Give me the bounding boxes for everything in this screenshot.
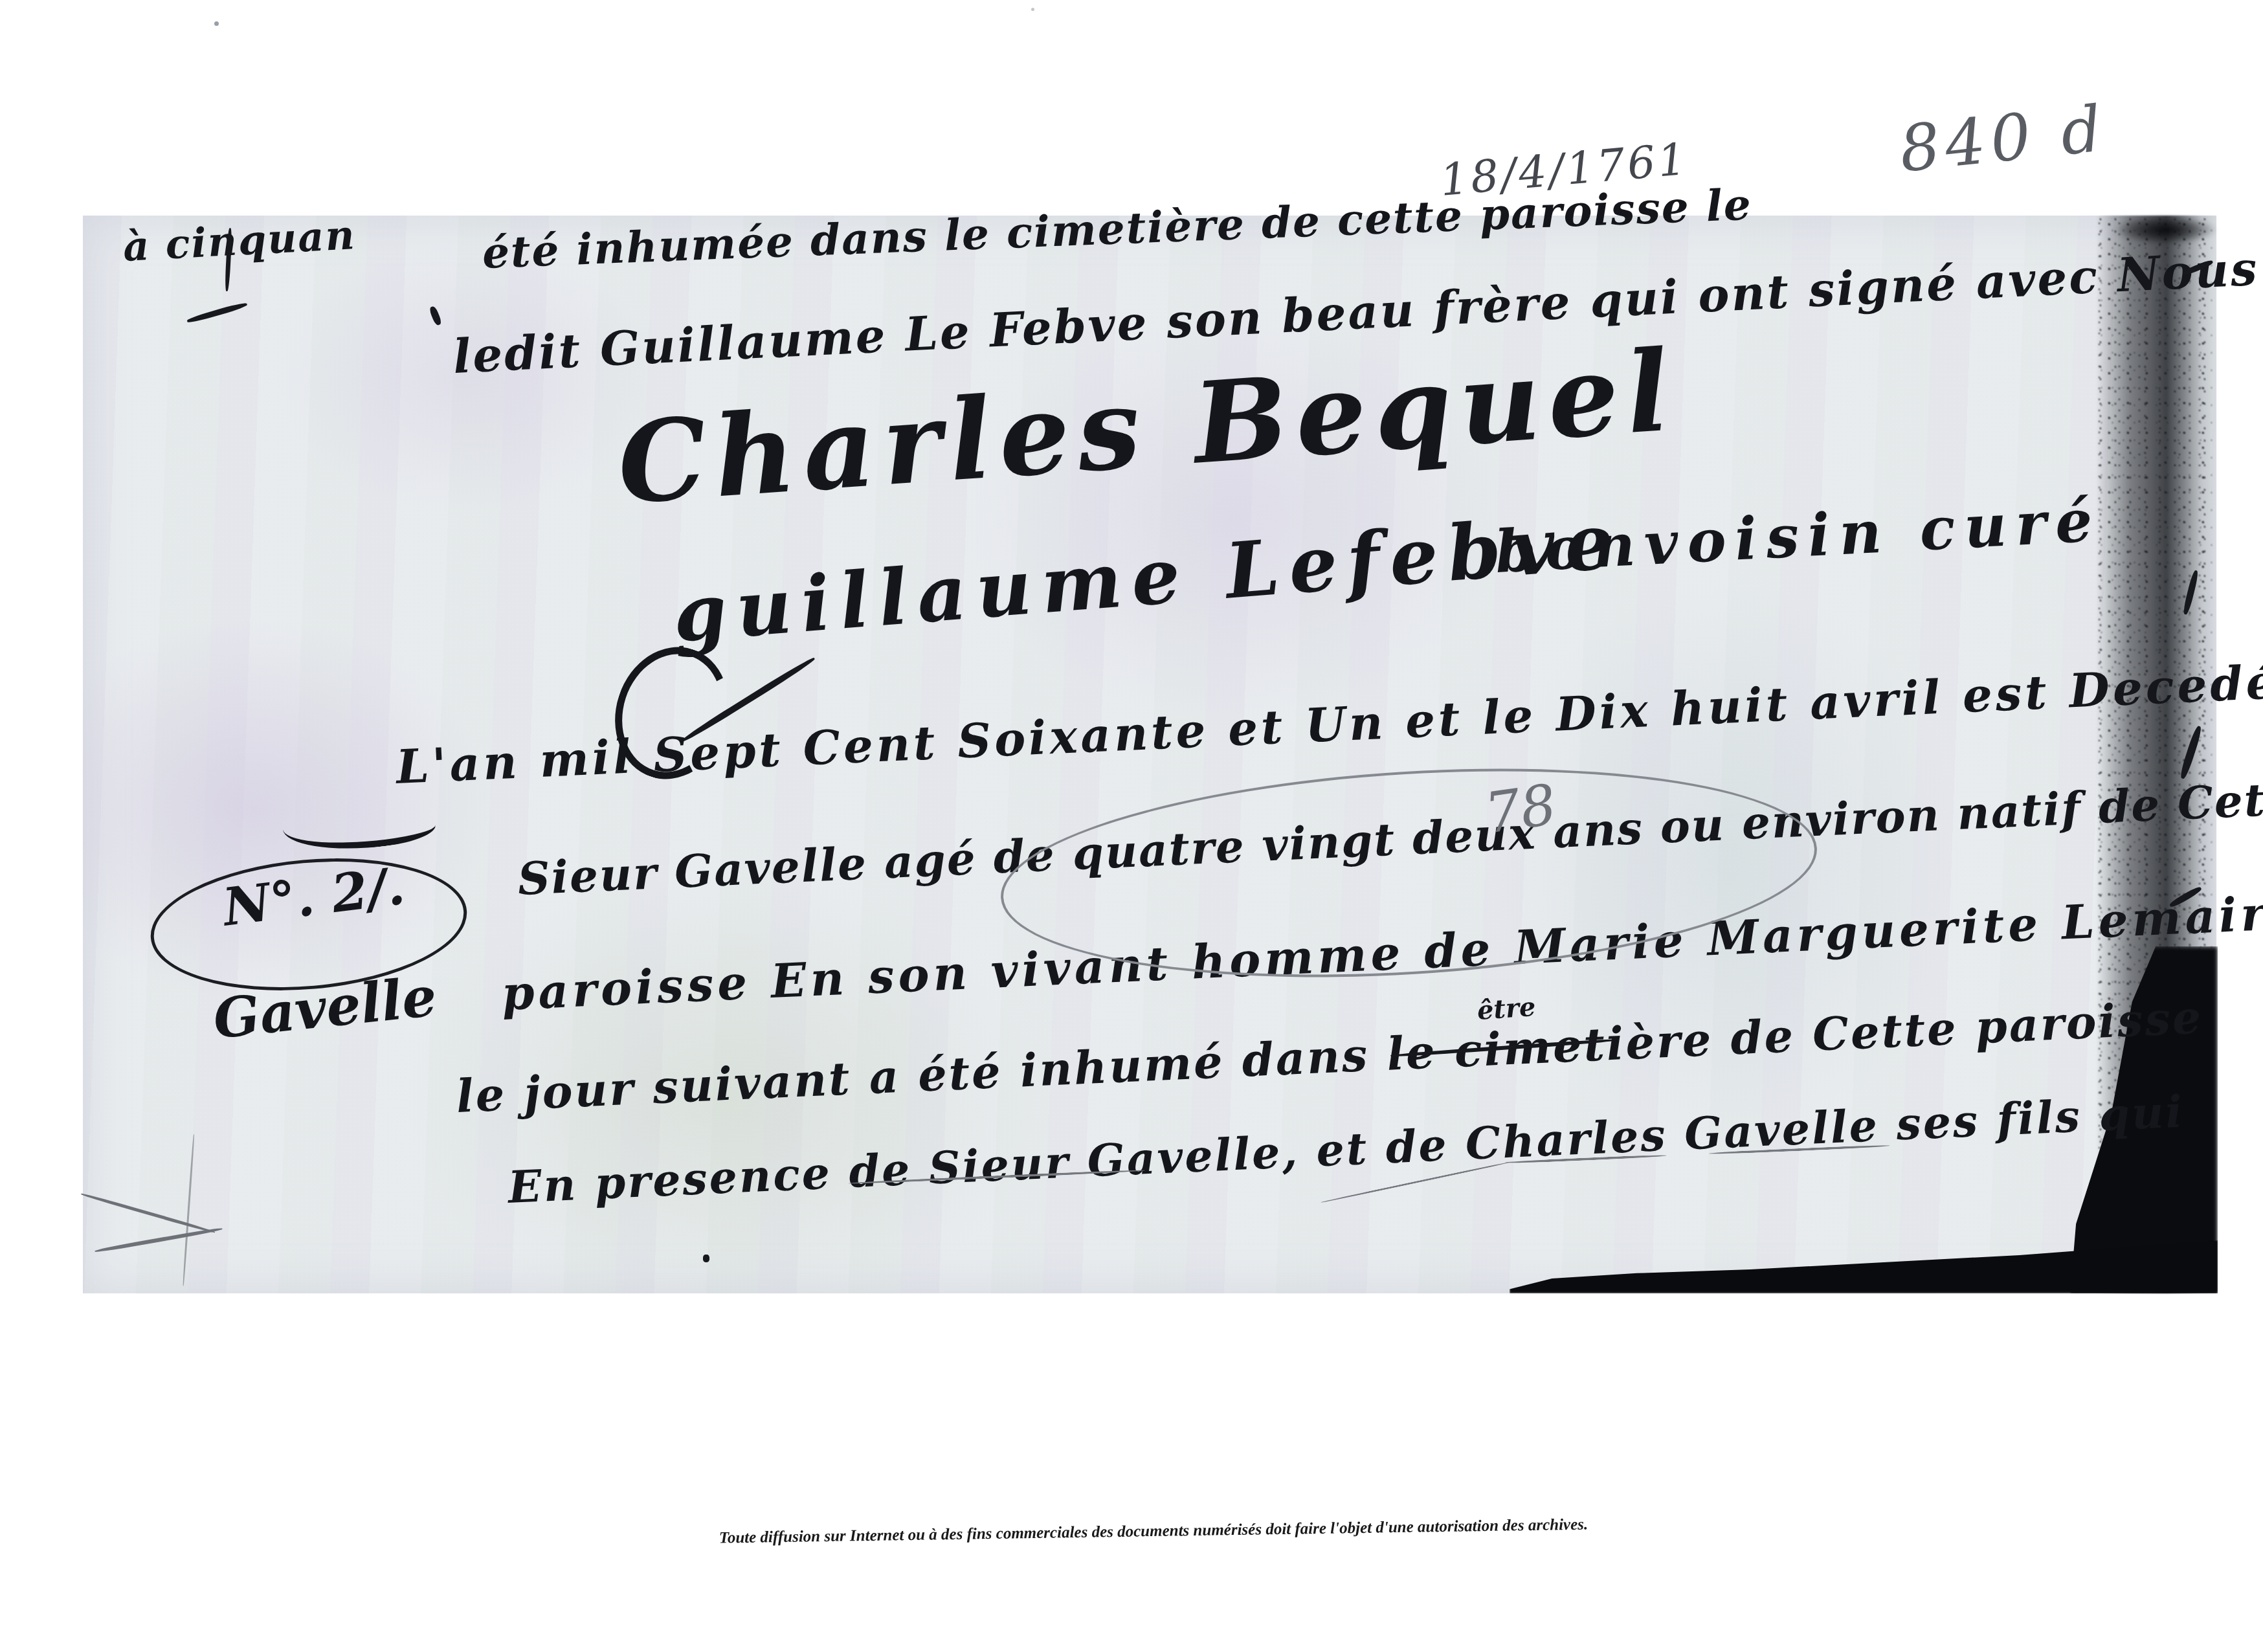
archive-copyright-notice: Toute diffusion sur Internet ou à des fi… bbox=[719, 1515, 1589, 1547]
ink-stroke bbox=[703, 1255, 709, 1262]
dust-speck bbox=[214, 21, 219, 26]
photocopy-page: 18/4/1761 840 d à cinquan été inhumée da… bbox=[0, 0, 2263, 1652]
dust-speck bbox=[1031, 8, 1034, 11]
pencil-age-note: 78 bbox=[1481, 772, 1560, 846]
interlined-correction: être bbox=[1476, 992, 1537, 1026]
annotation-archive-code: 840 d bbox=[1896, 92, 2110, 187]
